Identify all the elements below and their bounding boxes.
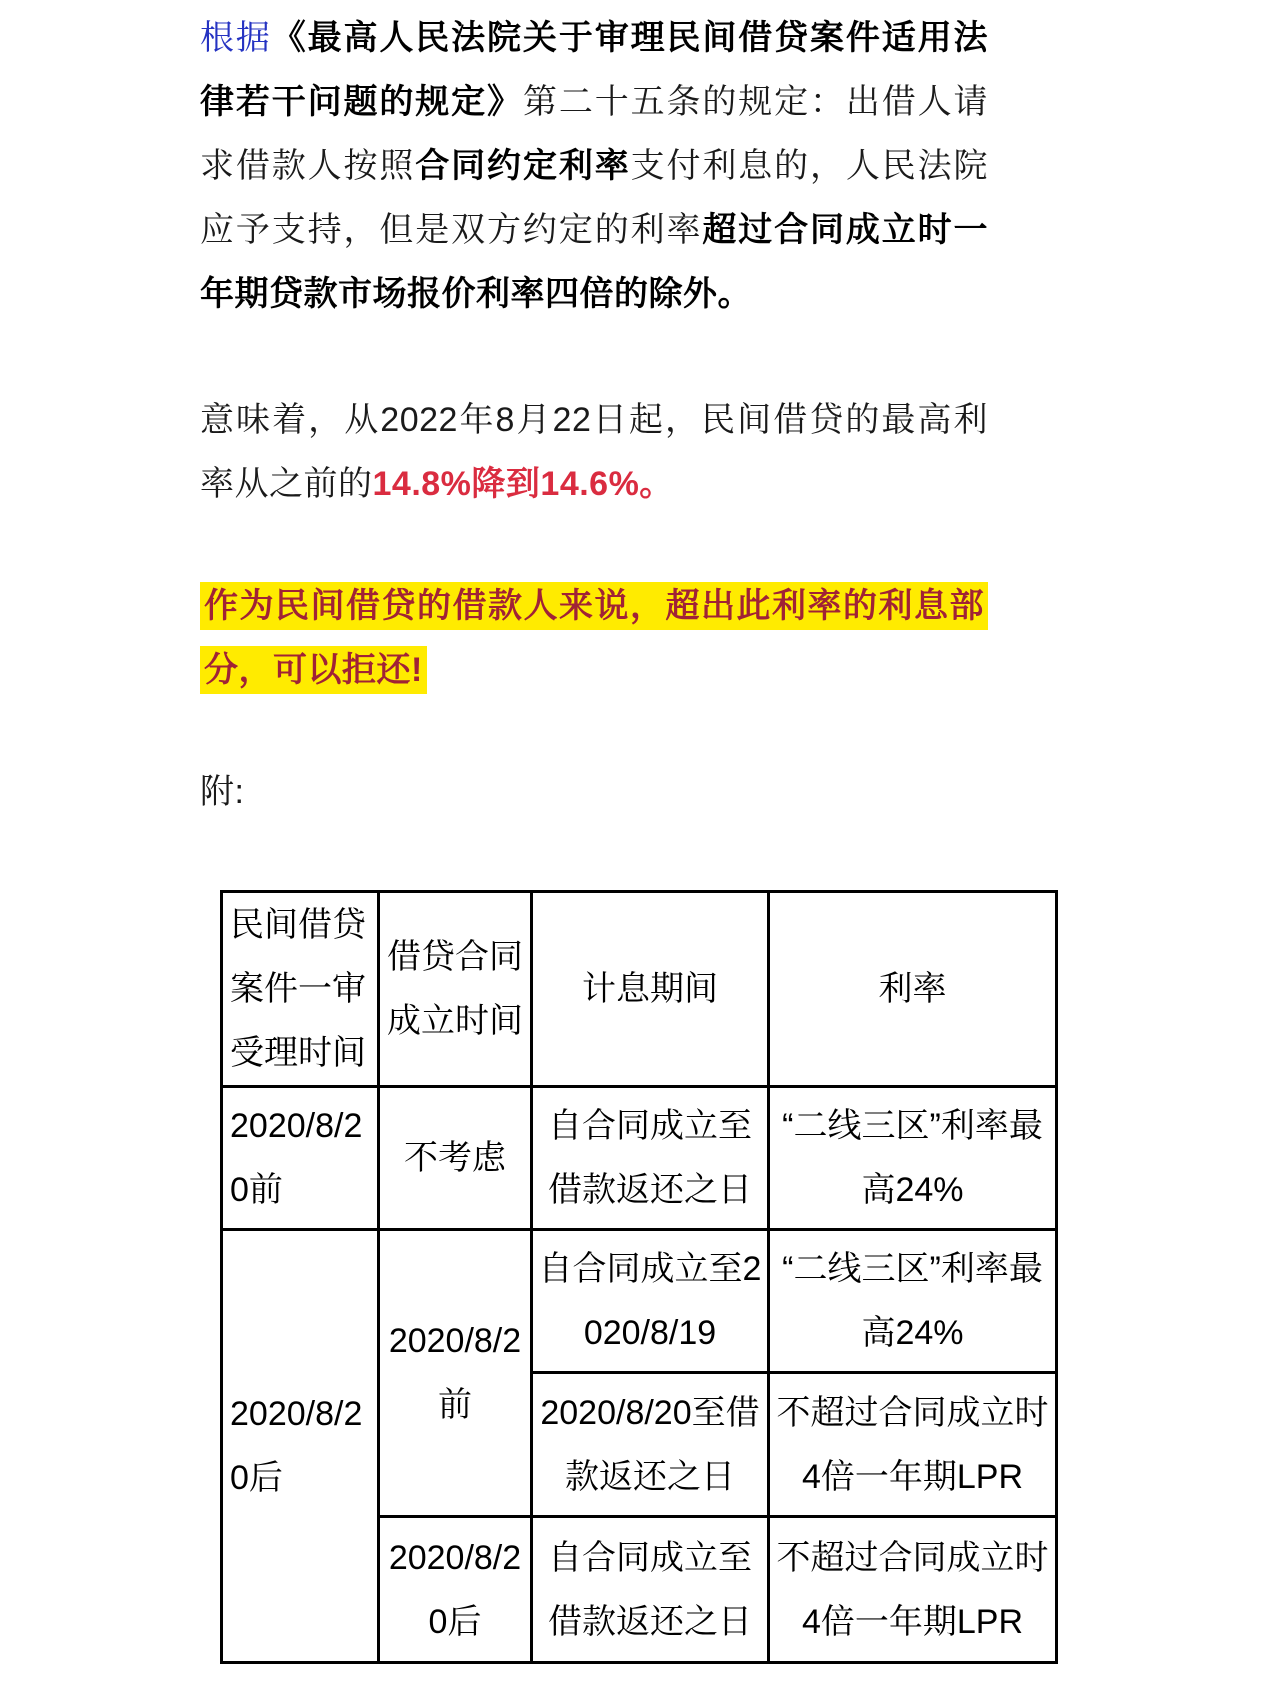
cell-contract-after: 2020/8/20后 [379,1517,532,1663]
highlighted-tip-text: 作为民间借贷的借款人来说，超出此利率的利息部分，可以拒还! [200,582,988,694]
table-header-row: 民间借贷案件一审受理时间 借贷合同成立时间 计息期间 利率 [222,892,1057,1087]
cell-period-r4: 自合同成立至借款返还之日 [532,1517,769,1663]
cell-contract-before: 2020/8/2前 [379,1230,532,1517]
paragraph-regulation: 根据《最高人民法院关于审理民间借贷案件适用法律若干问题的规定》第二十五条的规定：… [200,6,988,326]
cell-period-r2: 自合同成立至2020/8/19 [532,1230,769,1373]
cell-not-considered: 不考虑 [379,1087,532,1230]
paragraph-borrower-tip: 作为民间借贷的借款人来说，超出此利率的利息部分，可以拒还! [200,574,988,702]
cell-rate-r3: 不超过合同成立时4倍一年期LPR [769,1373,1057,1517]
table-row: 2020/8/20后 2020/8/2前 自合同成立至2020/8/19 “二线… [222,1230,1057,1373]
header-interest-period: 计息期间 [532,892,769,1087]
genju-link[interactable]: 根据 [200,19,272,57]
header-contract-time: 借贷合同成立时间 [379,892,532,1087]
header-case-accept-time: 民间借贷案件一审受理时间 [222,892,379,1087]
cell-period-r1: 自合同成立至借款返还之日 [532,1087,769,1230]
cell-rate-r4: 不超过合同成立时4倍一年期LPR [769,1517,1057,1663]
attachment-label: 附: [200,760,988,824]
rate-change-values: 14.8%降到14.6%。 [373,465,674,503]
cell-rate-r2: “二线三区”利率最高24% [769,1230,1057,1373]
header-rate: 利率 [769,892,1057,1087]
article-body: 根据《最高人民法院关于审理民间借贷案件适用法律若干问题的规定》第二十五条的规定：… [0,0,988,1664]
cell-rate-r1: “二线三区”利率最高24% [769,1087,1057,1230]
interest-rate-table: 民间借贷案件一审受理时间 借贷合同成立时间 计息期间 利率 2020/8/20前… [220,890,1058,1664]
cell-accept-after: 2020/8/20后 [222,1230,379,1663]
contract-rate-bold: 合同约定利率 [415,147,630,185]
cell-period-r3: 2020/8/20至借款返还之日 [532,1373,769,1517]
table-row: 2020/8/20前 不考虑 自合同成立至借款返还之日 “二线三区”利率最高24… [222,1087,1057,1230]
cell-accept-before: 2020/8/20前 [222,1087,379,1230]
paragraph-rate-change: 意味着，从2022年8月22日起，民间借贷的最高利率从之前的14.8%降到14.… [200,388,988,516]
